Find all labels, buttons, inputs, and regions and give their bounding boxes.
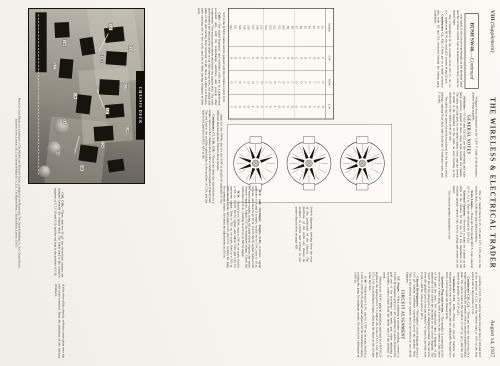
body-paragraph: M.W.—Switch set to M.W., tune to 300 m. … (223, 186, 240, 268)
mw-state: O (268, 70, 272, 94)
lw-state: C (299, 94, 303, 118)
mw-state: C (303, 70, 307, 94)
component-label: L18 (125, 126, 129, 133)
component-label: L10 (63, 40, 67, 47)
body-paragraph: Voltages were measured on the 1,200 V. s… (471, 92, 478, 177)
body-paragraph: I.F. Stages.—When adjusting a primary wi… (383, 272, 400, 357)
switch-id: S14 (264, 9, 267, 46)
lw-state: O (303, 94, 307, 118)
body-paragraph: Coils.—The signal frequency and oscillat… (197, 8, 221, 105)
mw-state: C (264, 70, 268, 94)
sw-state: C (308, 46, 312, 70)
switch-id: S22 (229, 9, 232, 46)
switch-id: S10 (282, 9, 285, 46)
sw-state: O (312, 46, 316, 70)
body-paragraph: External Speaker.—Provision is made by a… (452, 186, 466, 268)
body-paragraph: Speaker Plug and Socket.—The speaker is … (420, 272, 444, 357)
switch-table-row: S20 C O O (238, 9, 242, 119)
switch-table-row: S12 O O C (273, 9, 277, 119)
lw-state: O (255, 94, 259, 118)
switch-table-row: S16 O C O (255, 9, 259, 119)
switch-id: S9 (286, 9, 289, 46)
component-label: C24 (80, 164, 84, 171)
continued-label: —Continued (469, 53, 475, 79)
switch-id: S16 (256, 9, 259, 46)
sw-state: O (303, 46, 307, 70)
switch-table-row: S18 C O O (246, 9, 250, 119)
sw-state: O (233, 46, 237, 70)
table-header-mw: M.W. (325, 70, 333, 94)
component-label: L12 (53, 63, 57, 70)
photo-dashed-line (38, 14, 39, 174)
switch-table-row: S3 O C C (312, 9, 316, 119)
sw-state: O (277, 46, 281, 70)
chassis-photo: C15 L15 L16 C25 L17 L18 C29 C34 L10 L12 … (28, 8, 145, 184)
body-paragraph: Scale Lamps.—These are Ever Ready M.E.S.… (467, 186, 474, 268)
switch-id: S17 (251, 9, 254, 46)
mw-state: O (251, 70, 255, 94)
body-paragraph: L.W.—Switch set to L.W., tune to 1,500 m… (353, 272, 367, 357)
sw-state: C (268, 46, 272, 70)
photo-component-block (54, 22, 69, 38)
mw-state: O (273, 70, 277, 94)
photo-component-block (59, 58, 74, 78)
switch-table-row: S10 C O O (281, 9, 285, 119)
chassis-deck-strip-label: CHASSIS DECK (136, 71, 144, 140)
mw-state: C (316, 70, 320, 94)
body-paragraph: Chassis Divergencies.—The makers' circui… (405, 272, 419, 357)
column-4: positive of C18. The yellow lead to the … (352, 272, 481, 357)
sw-state: O (273, 46, 277, 70)
lw-state: C (312, 94, 316, 118)
switch-table-row: S1 C O O (321, 9, 325, 119)
table-header-switch: Switch (328, 9, 331, 46)
supplement-label: (Supplement) (490, 22, 496, 52)
lw-state: O (294, 94, 298, 118)
photo-caption: A side view of the chassis, with the cov… (54, 284, 66, 358)
mw-state: O (321, 70, 325, 94)
component-label: L17 (105, 108, 109, 115)
mw-state: C (286, 70, 290, 94)
component-label: C34 (73, 92, 77, 99)
switch-table-row: S2 O C O (316, 9, 320, 119)
body-paragraph: The table below gives the switch positio… (437, 92, 447, 177)
rotated-page: THE WIRELESS & ELECTRICAL TRADER VIII (S… (0, 0, 500, 366)
lw-state: O (242, 94, 246, 118)
lw-state: C (286, 94, 290, 118)
masthead-title: THE WIRELESS & ELECTRICAL TRADER (488, 0, 496, 366)
body-paragraph: Switches.—S1-S19 and S20-S22 are the wav… (449, 92, 466, 177)
lw-state: C (251, 94, 255, 118)
switch-table-row: S4 C O O (308, 9, 312, 119)
mw-state: C (255, 70, 259, 94)
sw-state: C (238, 46, 242, 70)
column-1-upper: was tuned to the lowest wavelength on th… (432, 10, 462, 87)
body-paragraph: positive of C18. The yellow lead to the … (471, 272, 481, 357)
sw-state: O (255, 46, 259, 70)
switch-id: S2 (317, 9, 320, 46)
switch-table-row: S14 O C C (264, 9, 268, 119)
printer-imprint: Printed in Great Britain as a supplement… (14, 13, 21, 352)
lw-state: O (321, 94, 325, 118)
switch-id: S19 (243, 9, 246, 46)
photo-component-block (106, 51, 128, 66)
switch-table-row: S19 O C O (242, 9, 246, 119)
switch-diagrams-caption: Switch diagrams, looking from the rear o… (294, 207, 313, 262)
photo-component-block (76, 94, 92, 114)
body-paragraph: Condensers C7, C18, C19.—These are three… (201, 110, 215, 203)
component-label: L15 (109, 24, 113, 31)
switch-id: S18 (247, 9, 250, 46)
column-1-lower: S23 is the Q.M.B. mains switch, ganged w… (196, 8, 225, 105)
switch-table-row: S21 O C O (233, 9, 237, 119)
switch-id: S7 (295, 9, 298, 46)
lw-state: O (277, 94, 281, 118)
sw-state: O (299, 46, 303, 70)
switch-id: S21 (234, 9, 237, 46)
body-paragraph: C18, C19.—These, and two 50 µF dry elect… (54, 188, 64, 277)
mw-state: C (233, 70, 237, 94)
body-paragraph: R.F. and Oscillator Stages—S.W.—Connect … (241, 186, 262, 268)
switch-id: S20 (238, 9, 241, 46)
mw-state: O (238, 70, 242, 94)
switch-id: S6 (299, 9, 302, 46)
mw-state: C (277, 70, 281, 94)
lw-state: C (229, 94, 233, 118)
switch-table-row: S22 O O C (229, 9, 233, 119)
switch-table-row: S7 C O O (294, 9, 298, 119)
photo-component-block (107, 159, 125, 173)
switch-table-row: S17 O O C (251, 9, 255, 119)
switch-table-row: S5 O C O (303, 9, 307, 119)
body-paragraph: Condensers C1, C6.—These are in a small … (433, 10, 443, 87)
body-paragraph: The external speaker impedance is the (447, 186, 450, 268)
table-body: S1 C O O S2 O C O S3 O (229, 9, 325, 119)
switch-table-row: S11 O C O (277, 9, 281, 119)
switch-table-row: S6 O O C (299, 9, 303, 119)
component-label: C29 (101, 141, 105, 148)
table-header-sw: S.W. (325, 46, 333, 70)
switch-position-table: Switch S.W. M.W. L.W. S1 C O O S2 (228, 8, 334, 119)
column-3-upper: The I.F. transformers (L15, L16 and L17,… (446, 186, 481, 268)
component-label: L16 (100, 56, 104, 63)
lw-state: O (281, 94, 285, 118)
component-label: C15 (129, 45, 133, 52)
body-paragraph: was tuned to the lowest wavelength on th… (452, 10, 462, 87)
body-paragraph: S23 is the Q.M.B. mains switch, ganged w… (222, 8, 225, 105)
condenser-note-block: C18, C19.—These, and two 50 µF dry elect… (53, 188, 64, 277)
magazine-page: THE WIRELESS & ELECTRICAL TRADER VIII (S… (0, 0, 500, 366)
body-paragraph: Switch set to M.W., gang at minimum, and… (368, 272, 382, 357)
mw-state: O (246, 70, 250, 94)
lw-state: O (238, 94, 242, 118)
photo-knob (39, 166, 50, 177)
lw-state: O (268, 94, 272, 118)
body-paragraph: The consumption of the receiver from 230… (445, 10, 452, 87)
imprint-line-2: Stamford Street, London, S.E.1, by Sande… (14, 13, 17, 352)
mw-state: C (312, 70, 316, 94)
component-label: L6 (63, 119, 67, 124)
sw-state: O (264, 46, 268, 70)
switch-id: S5 (304, 9, 307, 46)
lw-state: O (246, 94, 250, 118)
switch-id: S4 (308, 9, 311, 46)
page-number: VIII (490, 10, 496, 21)
switch-id: S11 (278, 9, 281, 46)
switch-table-row: S13 C O O (268, 9, 272, 119)
sw-state: O (242, 46, 246, 70)
mw-state: C (242, 70, 246, 94)
masthead-page-label: VIII (Supplement) (489, 10, 496, 52)
model-continuation-box: BUSH SW46. —Continued (465, 13, 479, 88)
photo-component-block (94, 126, 114, 142)
column-2-upper: Voltages were measured on the 1,200 V. s… (436, 92, 478, 177)
general-notes-heading: GENERAL NOTES (467, 92, 470, 177)
mw-state: O (281, 70, 285, 94)
column-3-lower: R.F. and Oscillator Stages—S.W.—Connect … (222, 186, 262, 268)
table-header-lw: L.W. (325, 94, 333, 118)
imprint-line-1: Printed in Great Britain as a supplement… (18, 13, 21, 352)
mw-state: O (299, 70, 303, 94)
column-2-lower: same for the SW46, but for the B.46 it s… (200, 110, 223, 203)
body-paragraph: Condensers C20, C21.—These are two dry e… (456, 272, 470, 357)
component-label: C25 (123, 83, 127, 90)
lw-state: C (273, 94, 277, 118)
sw-state: O (286, 46, 290, 70)
photo-component-block (99, 79, 120, 95)
table-header-row: Switch S.W. M.W. L.W. (325, 9, 333, 119)
sw-state: O (251, 46, 255, 70)
lw-state: O (316, 94, 320, 118)
masthead-date: August 14, 1937 (489, 320, 496, 358)
sw-state: O (229, 46, 233, 70)
component-label: L8 (56, 150, 60, 155)
switch-table-row: S9 O C C (286, 9, 290, 119)
switch-id: S1 (321, 9, 324, 46)
body-paragraph: The I.F. transformers (L15, L16 and L17,… (474, 186, 481, 268)
photo-component-block (78, 144, 98, 162)
scanned-page-screenshot: THE WIRELESS & ELECTRICAL TRADER VIII (S… (0, 0, 500, 366)
mw-state: O (308, 70, 312, 94)
switch-id: S3 (312, 9, 315, 46)
lw-state: O (233, 94, 237, 118)
model-name: BUSH SW46. (469, 23, 475, 53)
sw-state: C (294, 46, 298, 70)
body-paragraph: Condensers C22, C23.—These two pre-set t… (445, 272, 455, 357)
mw-state: O (229, 70, 233, 94)
sw-state: C (246, 46, 250, 70)
switch-id: S13 (269, 9, 272, 46)
circuit-alignment-heading: CIRCUIT ALIGNMENT (401, 272, 404, 357)
lw-state: O (308, 94, 312, 118)
sw-state: O (316, 46, 320, 70)
sw-state: C (281, 46, 285, 70)
sw-state: C (321, 46, 325, 70)
photo-component-block (79, 37, 95, 56)
switch-id: S12 (273, 9, 276, 46)
mw-state: O (294, 70, 298, 94)
lw-state: C (264, 94, 268, 118)
